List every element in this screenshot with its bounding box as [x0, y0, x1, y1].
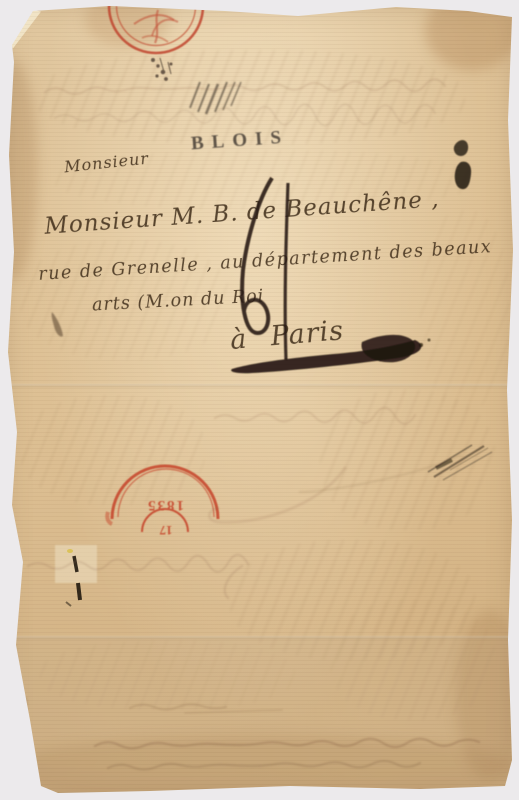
show-through-band	[330, 600, 495, 720]
stain	[0, 735, 519, 800]
address-street-line2: arts (M.on du Roi	[92, 287, 265, 316]
blois-postmark: BLOIS	[190, 127, 289, 156]
address-city: à Paris	[229, 315, 345, 356]
show-through-band	[420, 210, 510, 410]
letter-paper: BLOIS Monsieur Monsieur M. B. de Beauchê…	[0, 0, 519, 800]
fold-panel-tone	[0, 637, 519, 793]
show-through-band	[40, 640, 295, 710]
show-through-band	[35, 50, 465, 145]
stain	[85, 0, 170, 47]
torn-corner	[9, 10, 41, 52]
stain	[425, 0, 519, 70]
address-recipient: Monsieur M. B. de Beauchêne ,	[44, 186, 441, 240]
address-salutation: Monsieur	[63, 149, 150, 177]
scan-background: BLOIS Monsieur Monsieur M. B. de Beauchê…	[0, 0, 519, 800]
show-through-band	[55, 150, 475, 210]
stain	[0, 60, 38, 280]
fold-crease	[0, 636, 519, 639]
show-through-band	[230, 540, 475, 660]
show-through-band	[320, 390, 495, 530]
show-through-band	[20, 240, 230, 360]
address-street-line1: rue de Grenelle , au département des bea…	[38, 237, 493, 285]
fold-crease	[0, 384, 519, 387]
stain	[455, 610, 519, 780]
show-through-band	[20, 395, 205, 505]
